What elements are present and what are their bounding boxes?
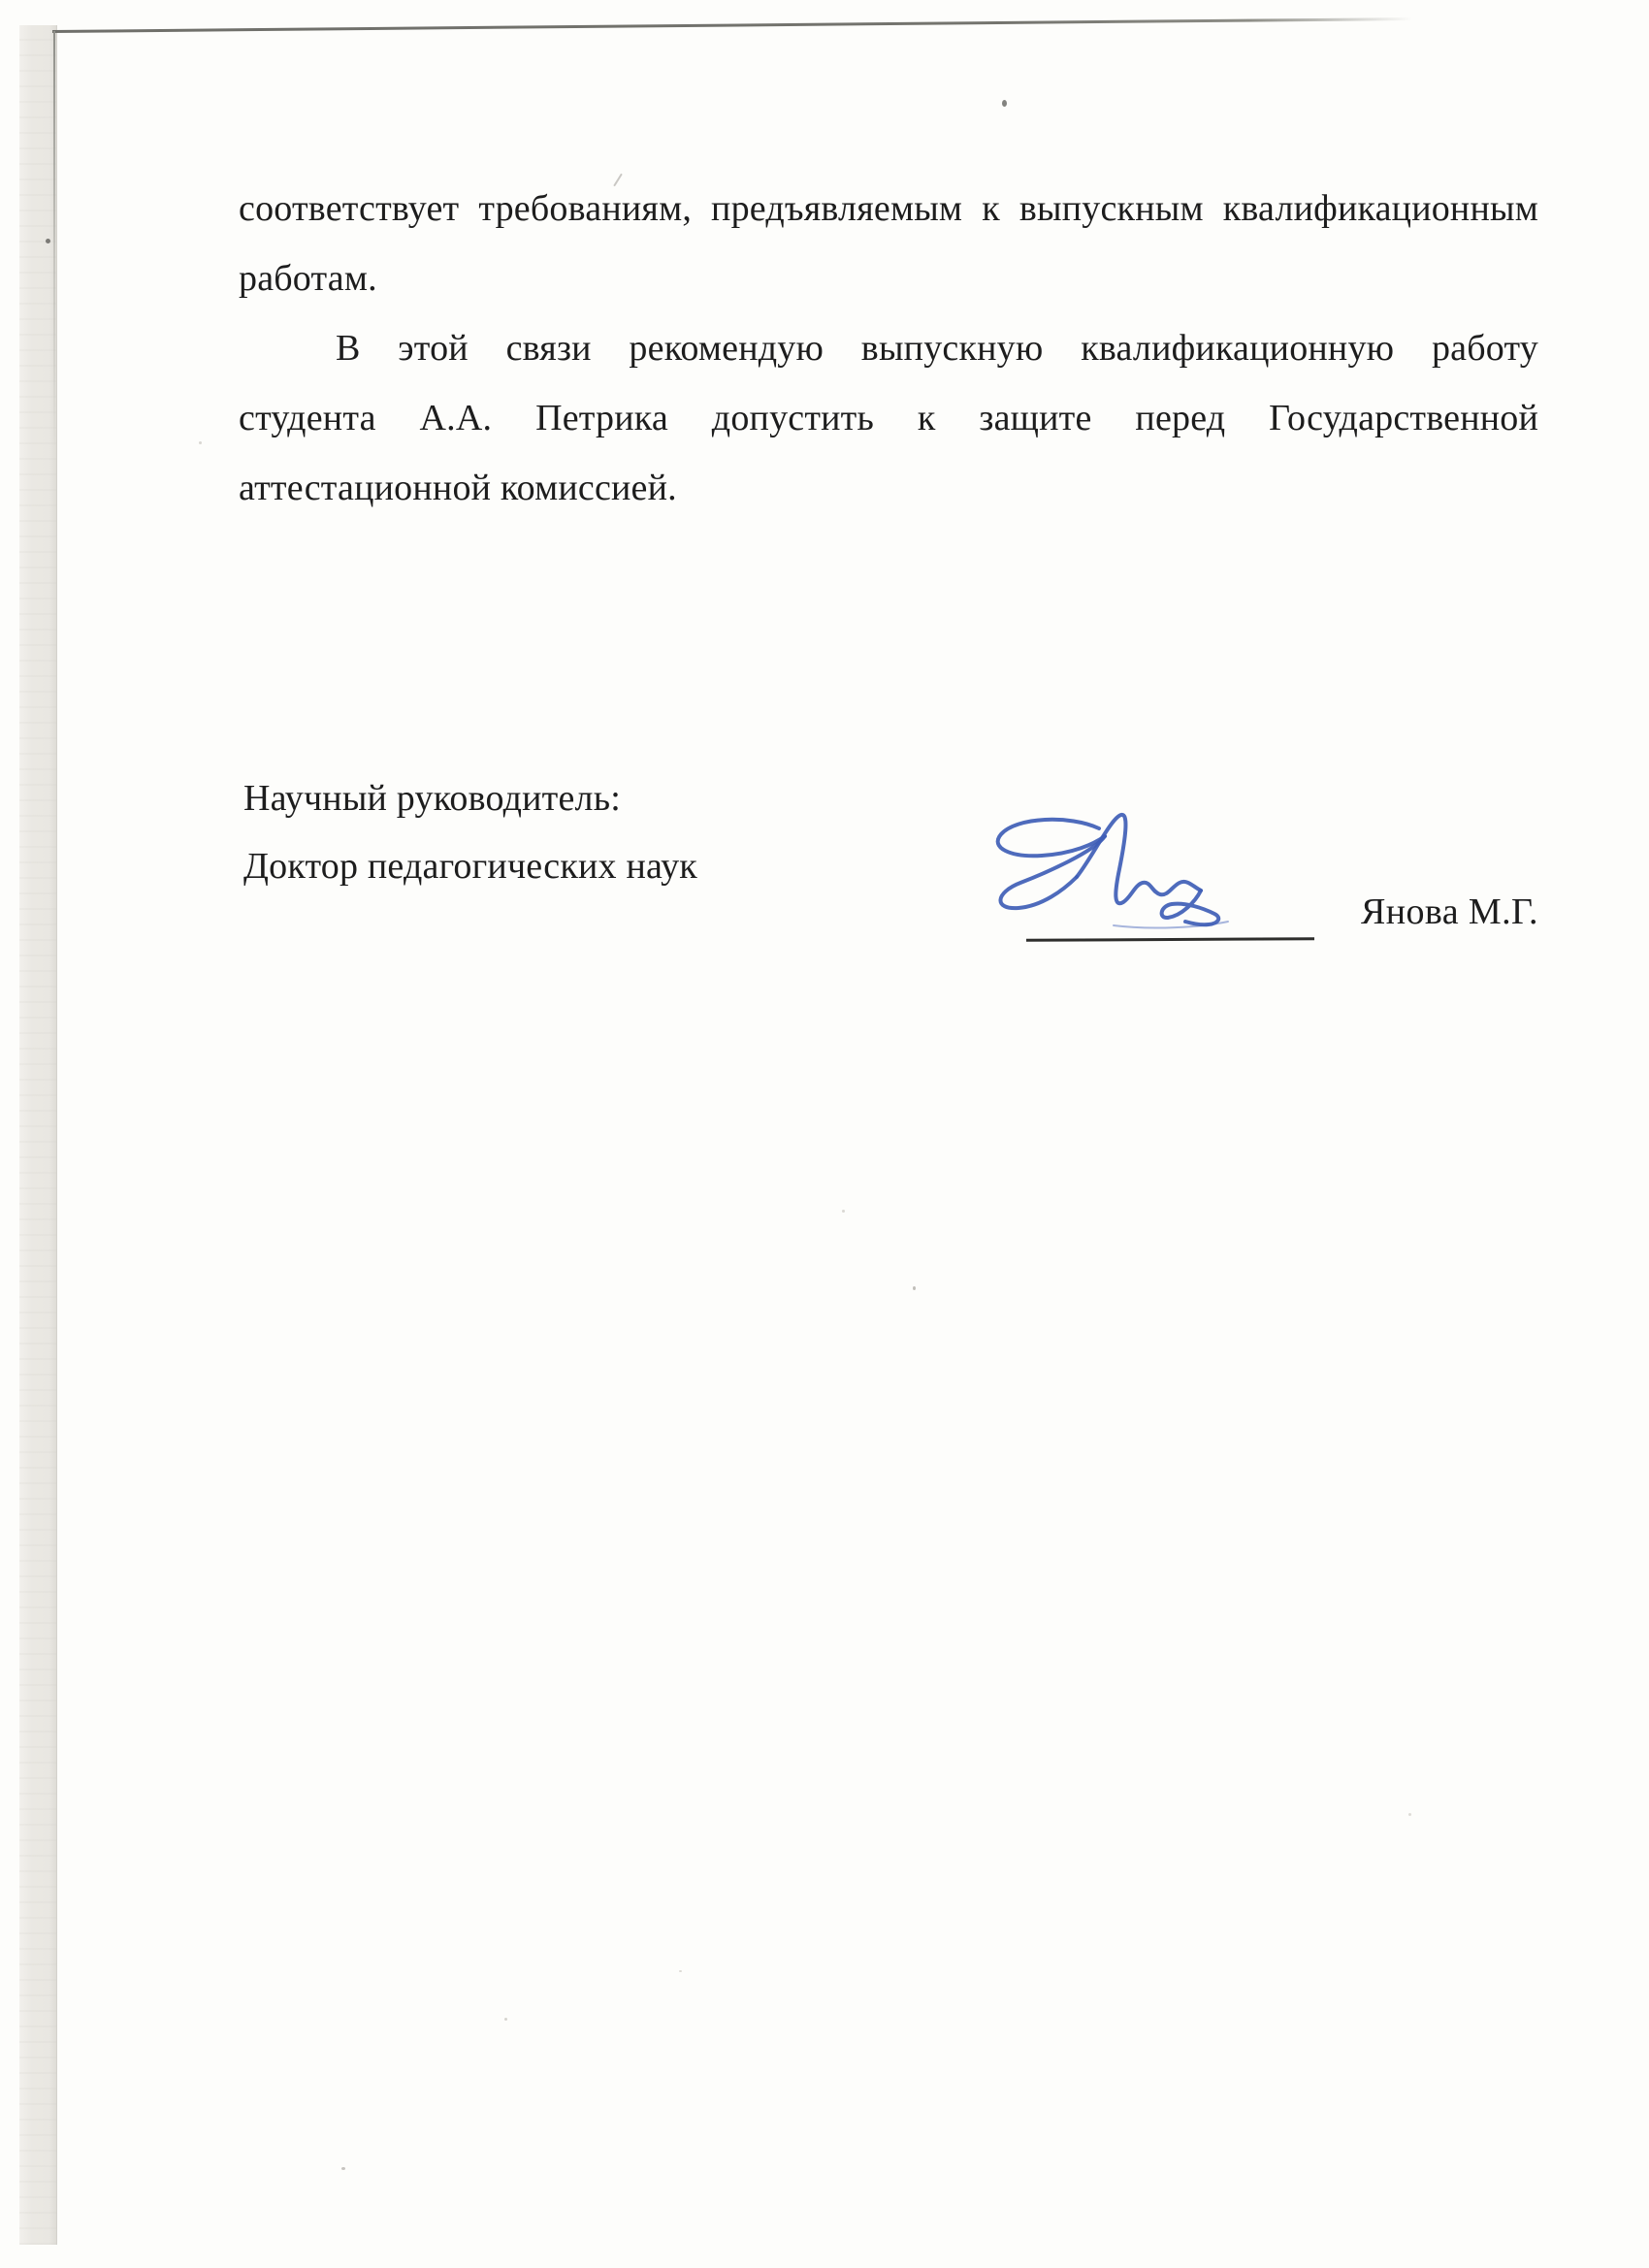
scan-speck [1408, 1813, 1411, 1816]
scan-speck [46, 239, 50, 243]
scan-speck [913, 1286, 916, 1290]
signature-area [978, 801, 1560, 956]
supervisor-title-line: Научный руководитель: [243, 764, 697, 832]
scanned-document-page: { "document": { "paragraph1": { "lines":… [0, 0, 1649, 2268]
scan-speck [842, 1210, 845, 1213]
signatory-name: Янова М.Г. [1361, 893, 1538, 930]
scan-speck [341, 2167, 345, 2170]
text-line: студента А.А. Петрика допустить к защите… [239, 383, 1538, 453]
scan-speck [504, 2018, 507, 2021]
text-line: работам. [239, 243, 1538, 313]
signature-line [1026, 937, 1314, 942]
scan-speck [1002, 100, 1007, 107]
page-left-edge-line [53, 31, 55, 448]
document-body: соответствует требованиям, предъявляемым… [239, 174, 1538, 523]
scan-edge-strip [19, 25, 57, 2245]
text-line: В этой связи рекомендую выпускную квалиф… [239, 313, 1538, 383]
scan-speck [199, 441, 202, 444]
text-line: соответствует требованиям, предъявляемым… [239, 174, 1538, 243]
text-line: аттестационной комиссией. [239, 453, 1538, 523]
supervisor-block: Научный руководитель: Доктор педагогичес… [243, 764, 697, 900]
handwritten-signature-icon [978, 801, 1249, 937]
page-top-edge-line [52, 17, 1412, 33]
supervisor-degree-line: Доктор педагогических наук [243, 832, 697, 900]
scan-speck [679, 1970, 682, 1972]
